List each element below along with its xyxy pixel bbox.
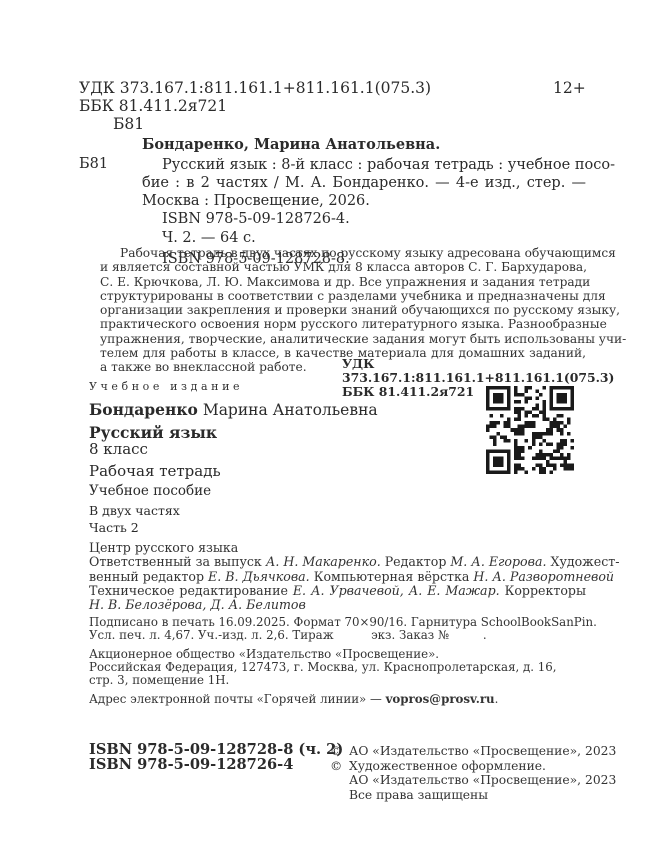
hotline-label: Адрес электронной почты «Горячей линии» … bbox=[89, 692, 386, 706]
credits-line: Н. В. Белозёрова, Д. А. Белитов bbox=[89, 598, 586, 612]
credits-line: Ответственный за выпуск А. Н. Макаренко.… bbox=[89, 555, 586, 569]
credits-line: венный редактор Е. В. Дьячкова. Компьюте… bbox=[89, 570, 586, 584]
author-full-name: Бондаренко Марина Анатольевна bbox=[89, 400, 378, 419]
parts-note: В двух частях bbox=[89, 503, 180, 518]
annotation-line: структурированы в соответствии с раздела… bbox=[100, 289, 586, 303]
isbn-set: ISBN 978-5-09-128726-4. bbox=[142, 210, 586, 228]
copyright-icon: © bbox=[330, 759, 349, 774]
print-sheets: Усл. печ. л. 4,67. Уч.-изд. л. 2,6. Тира… bbox=[89, 629, 589, 642]
footer-isbn: ISBN 978-5-09-128728-8 (ч. 2) ISBN 978-5… bbox=[89, 742, 343, 772]
bib-line: Русский язык : 8-й класс : рабочая тетра… bbox=[142, 156, 586, 174]
copyright-line: АО «Издательство «Просвещение», 2023 bbox=[349, 773, 616, 788]
grade: 8 класс bbox=[89, 440, 148, 458]
isbn-full-set: ISBN 978-5-09-128726-4 bbox=[89, 757, 343, 772]
isbn-part-2: ISBN 978-5-09-128728-8 (ч. 2) bbox=[89, 742, 343, 757]
copyright-block: ©АО «Издательство «Просвещение», 2023 ©Х… bbox=[330, 744, 616, 802]
author-surname: Бондаренко bbox=[89, 400, 198, 419]
annotation-udk: УДК 373.167.1:811.161.1+811.161.1(075.3) bbox=[342, 357, 650, 385]
annotation-line: практического освоения норм русского лит… bbox=[100, 317, 586, 331]
author-given-names: Марина Анатольевна bbox=[198, 401, 378, 419]
copyright-line: Художественное оформление. bbox=[349, 759, 546, 774]
punctuation: . bbox=[495, 692, 499, 706]
annotation-line: Рабочая тетрадь в двух частях по русском… bbox=[100, 246, 586, 260]
center-name: Центр русского языка bbox=[89, 541, 586, 555]
bbk-code: ББК 81.411.2я721 bbox=[79, 97, 227, 115]
bib-line: бие : в 2 частях / М. А. Бондаренко. — 4… bbox=[142, 174, 586, 192]
copyright-icon: © bbox=[330, 744, 349, 759]
annotation-line: и является составной частью УМК для 8 кл… bbox=[100, 260, 586, 274]
copyright-line: АО «Издательство «Просвещение», 2023 bbox=[349, 744, 616, 759]
book-purpose: Учебное пособие bbox=[89, 483, 211, 499]
udk-code: УДК 373.167.1:811.161.1+811.161.1(075.3) bbox=[79, 79, 431, 97]
rights-reserved: Все права защищены bbox=[349, 788, 488, 803]
annotation-line: упражнения, творческие, аналитические за… bbox=[100, 332, 586, 346]
book-type: Рабочая тетрадь bbox=[89, 462, 221, 480]
age-rating: 12+ bbox=[553, 79, 586, 97]
hotline-email[interactable]: vopros@prosv.ru bbox=[386, 692, 495, 706]
qr-code-icon bbox=[486, 386, 574, 474]
annotation-line: организации закрепления и проверки знани… bbox=[100, 303, 586, 317]
side-code: Б81 bbox=[79, 156, 108, 172]
author-code: Б81 bbox=[113, 115, 144, 133]
hotline-email-line: Адрес электронной почты «Горячей линии» … bbox=[89, 693, 589, 706]
part-label: Часть 2 bbox=[89, 520, 139, 535]
publisher-address: стр. 3, помещение 1Н. bbox=[89, 674, 589, 687]
print-info: Подписано в печать 16.09.2025. Формат 70… bbox=[89, 616, 589, 706]
annotation-line: С. Е. Крючкова, Л. Ю. Максимова и др. Вс… bbox=[100, 275, 586, 289]
credits: Центр русского языка Ответственный за вы… bbox=[89, 541, 586, 612]
credits-line: Техническое редактирование Е. А. Урвачев… bbox=[89, 584, 586, 598]
edition-type: Учебное издание bbox=[89, 380, 243, 393]
bib-line: Москва : Просвещение, 2026. bbox=[142, 192, 586, 210]
part-pages: Ч. 2. — 64 с. bbox=[142, 229, 586, 247]
author-heading: Бондаренко, Марина Анатольевна. bbox=[142, 136, 440, 153]
